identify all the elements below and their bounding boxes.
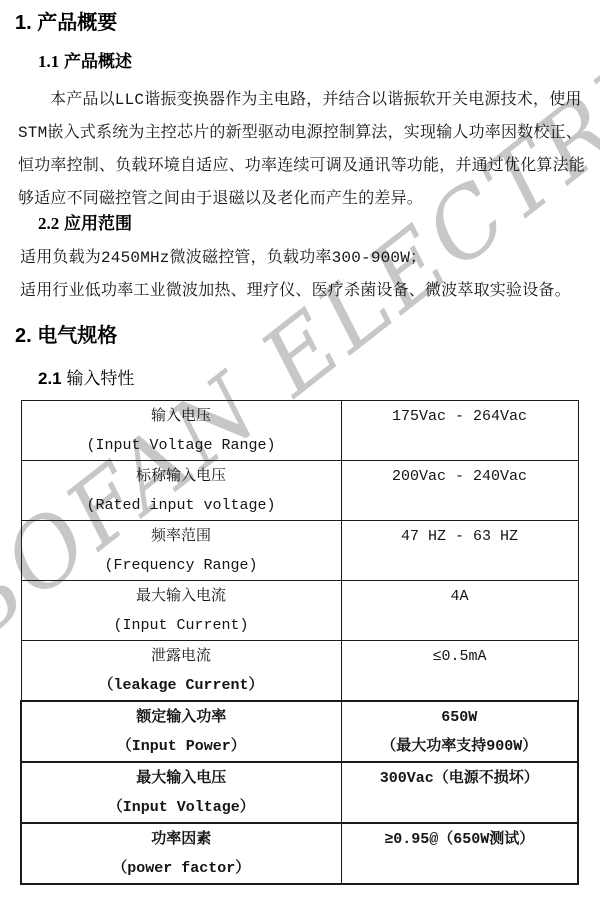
spec-value-line1: 175Vac - 264Vac [344,402,576,431]
document-content: 1. 产品概要 1.1 产品概述 本产品以LLC谐振变换器作为主电路，并结合以谐… [0,0,600,885]
spec-label-zh: 输入电压 [24,402,339,431]
spec-label-cell: 额定输入功率 （Input Power） [21,701,341,762]
product-description-paragraph: 本产品以LLC谐振变换器作为主电路，并结合以谐振软开关电源技术，使用 STM嵌入… [18,84,590,216]
table-row: 最大输入电压 （Input Voltage） 300Vac（电源不损坏） [21,762,578,823]
spec-value-line1: 650W [344,703,576,732]
heading-number: 1. [15,12,32,34]
spec-label-cell: 功率因素 （power factor） [21,823,341,884]
spec-value-cell: 175Vac - 264Vac [341,401,578,461]
spec-label-en: (Input Current) [24,611,339,640]
paragraph-line: 本产品以LLC谐振变换器作为主电路，并结合以谐振软开关电源技术，使用 [18,84,590,117]
table-row: 输入电压 (Input Voltage Range) 175Vac - 264V… [21,401,578,461]
spec-value-cell: 200Vac - 240Vac [341,461,578,521]
spec-value-line2 [344,671,576,700]
spec-value-cell: 4A [341,581,578,641]
heading-label: 电气规格 [37,325,117,347]
table-row: 泄露电流 （leakage Current） ≤0.5mA [21,641,578,702]
spec-label-cell: 最大输入电压 （Input Voltage） [21,762,341,823]
application-scope-text: 适用负载为2450MHz微波磁控管，负载功率300-900W； 适用行业低功率工… [20,242,590,308]
heading-number: 2. [15,325,32,347]
heading-product-overview: 1. 产品概要 [0,0,600,37]
spec-label-zh: 功率因素 [24,825,339,854]
spec-value-cell: 47 HZ - 63 HZ [341,521,578,581]
spec-value-line1: ≥0.95@（650W测试） [344,825,576,854]
heading-label: 应用范围 [64,214,132,233]
spec-value-line1: ≤0.5mA [344,642,576,671]
paragraph-line: 恒功率控制、负载环境自适应、功率连续可调及通讯等功能，并通过优化算法能 [18,150,590,183]
spec-label-zh: 标称输入电压 [24,462,339,491]
document-page: BOFAN ELECTRIC 1. 产品概要 1.1 产品概述 本产品以LLC谐… [0,0,600,898]
heading-number: 2.2 [38,214,59,233]
heading-label: 产品概述 [64,52,132,71]
heading-number: 2.1 [38,369,62,388]
spec-value-line2 [344,611,576,640]
spec-label-en: （Input Power） [24,732,339,761]
paragraph-line: STM嵌入式系统为主控芯片的新型驱动电源控制算法，实现输人功率因数校正、 [18,117,590,150]
spec-value-line2 [344,491,576,520]
heading-number: 1.1 [38,52,59,71]
spec-value-line1: 47 HZ - 63 HZ [344,522,576,551]
spec-value-line2 [344,793,576,822]
spec-label-en: （power factor） [24,854,339,883]
spec-label-zh: 额定输入功率 [24,703,339,732]
spec-label-cell: 频率范围 (Frequency Range) [21,521,341,581]
spec-value-cell: 300Vac（电源不损坏） [341,762,578,823]
spec-label-cell: 泄露电流 （leakage Current） [21,641,341,702]
spec-value-line2 [344,431,576,460]
heading-label: 输入特性 [66,371,134,390]
table-row: 标称输入电压 (Rated input voltage) 200Vac - 24… [21,461,578,521]
application-line: 适用负载为2450MHz微波磁控管，负载功率300-900W； [20,242,590,275]
spec-value-line2 [344,854,576,883]
spec-label-en: (Rated input voltage) [24,491,339,520]
input-characteristics-table: 输入电压 (Input Voltage Range) 175Vac - 264V… [20,400,579,885]
table-row: 频率范围 (Frequency Range) 47 HZ - 63 HZ [21,521,578,581]
spec-label-en: （Input Voltage） [24,793,339,822]
spec-label-en: (Frequency Range) [24,551,339,580]
spec-value-line1: 300Vac（电源不损坏） [344,764,576,793]
heading-product-description: 1.1 产品概述 [0,50,600,74]
table-row: 额定输入功率 （Input Power） 650W （最大功率支持900W） [21,701,578,762]
application-line: 适用行业低功率工业微波加热、理疗仪、医疗杀菌设备、微波萃取实验设备。 [20,275,590,308]
spec-value-line2: （最大功率支持900W） [344,732,576,761]
spec-value-line2 [344,551,576,580]
spec-value-line1: 200Vac - 240Vac [344,462,576,491]
spec-value-line1: 4A [344,582,576,611]
table-row: 功率因素 （power factor） ≥0.95@（650W测试） [21,823,578,884]
table-row: 最大输入电流 (Input Current) 4A [21,581,578,641]
spec-label-cell: 标称输入电压 (Rated input voltage) [21,461,341,521]
spec-label-zh: 最大输入电压 [24,764,339,793]
spec-value-cell: ≤0.5mA [341,641,578,702]
heading-input-characteristics: 2.1 输入特性 [0,366,600,394]
spec-value-cell: ≥0.95@（650W测试） [341,823,578,884]
heading-label: 产品概要 [37,12,117,34]
spec-label-zh: 泄露电流 [24,642,339,671]
spec-label-cell: 最大输入电流 (Input Current) [21,581,341,641]
heading-electrical-specs: 2. 电气规格 [0,322,600,350]
spec-label-cell: 输入电压 (Input Voltage Range) [21,401,341,461]
spec-label-en: （leakage Current） [24,671,339,700]
spec-label-zh: 频率范围 [24,522,339,551]
spec-value-cell: 650W （最大功率支持900W） [341,701,578,762]
spec-label-en: (Input Voltage Range) [24,431,339,460]
spec-label-zh: 最大输入电流 [24,582,339,611]
